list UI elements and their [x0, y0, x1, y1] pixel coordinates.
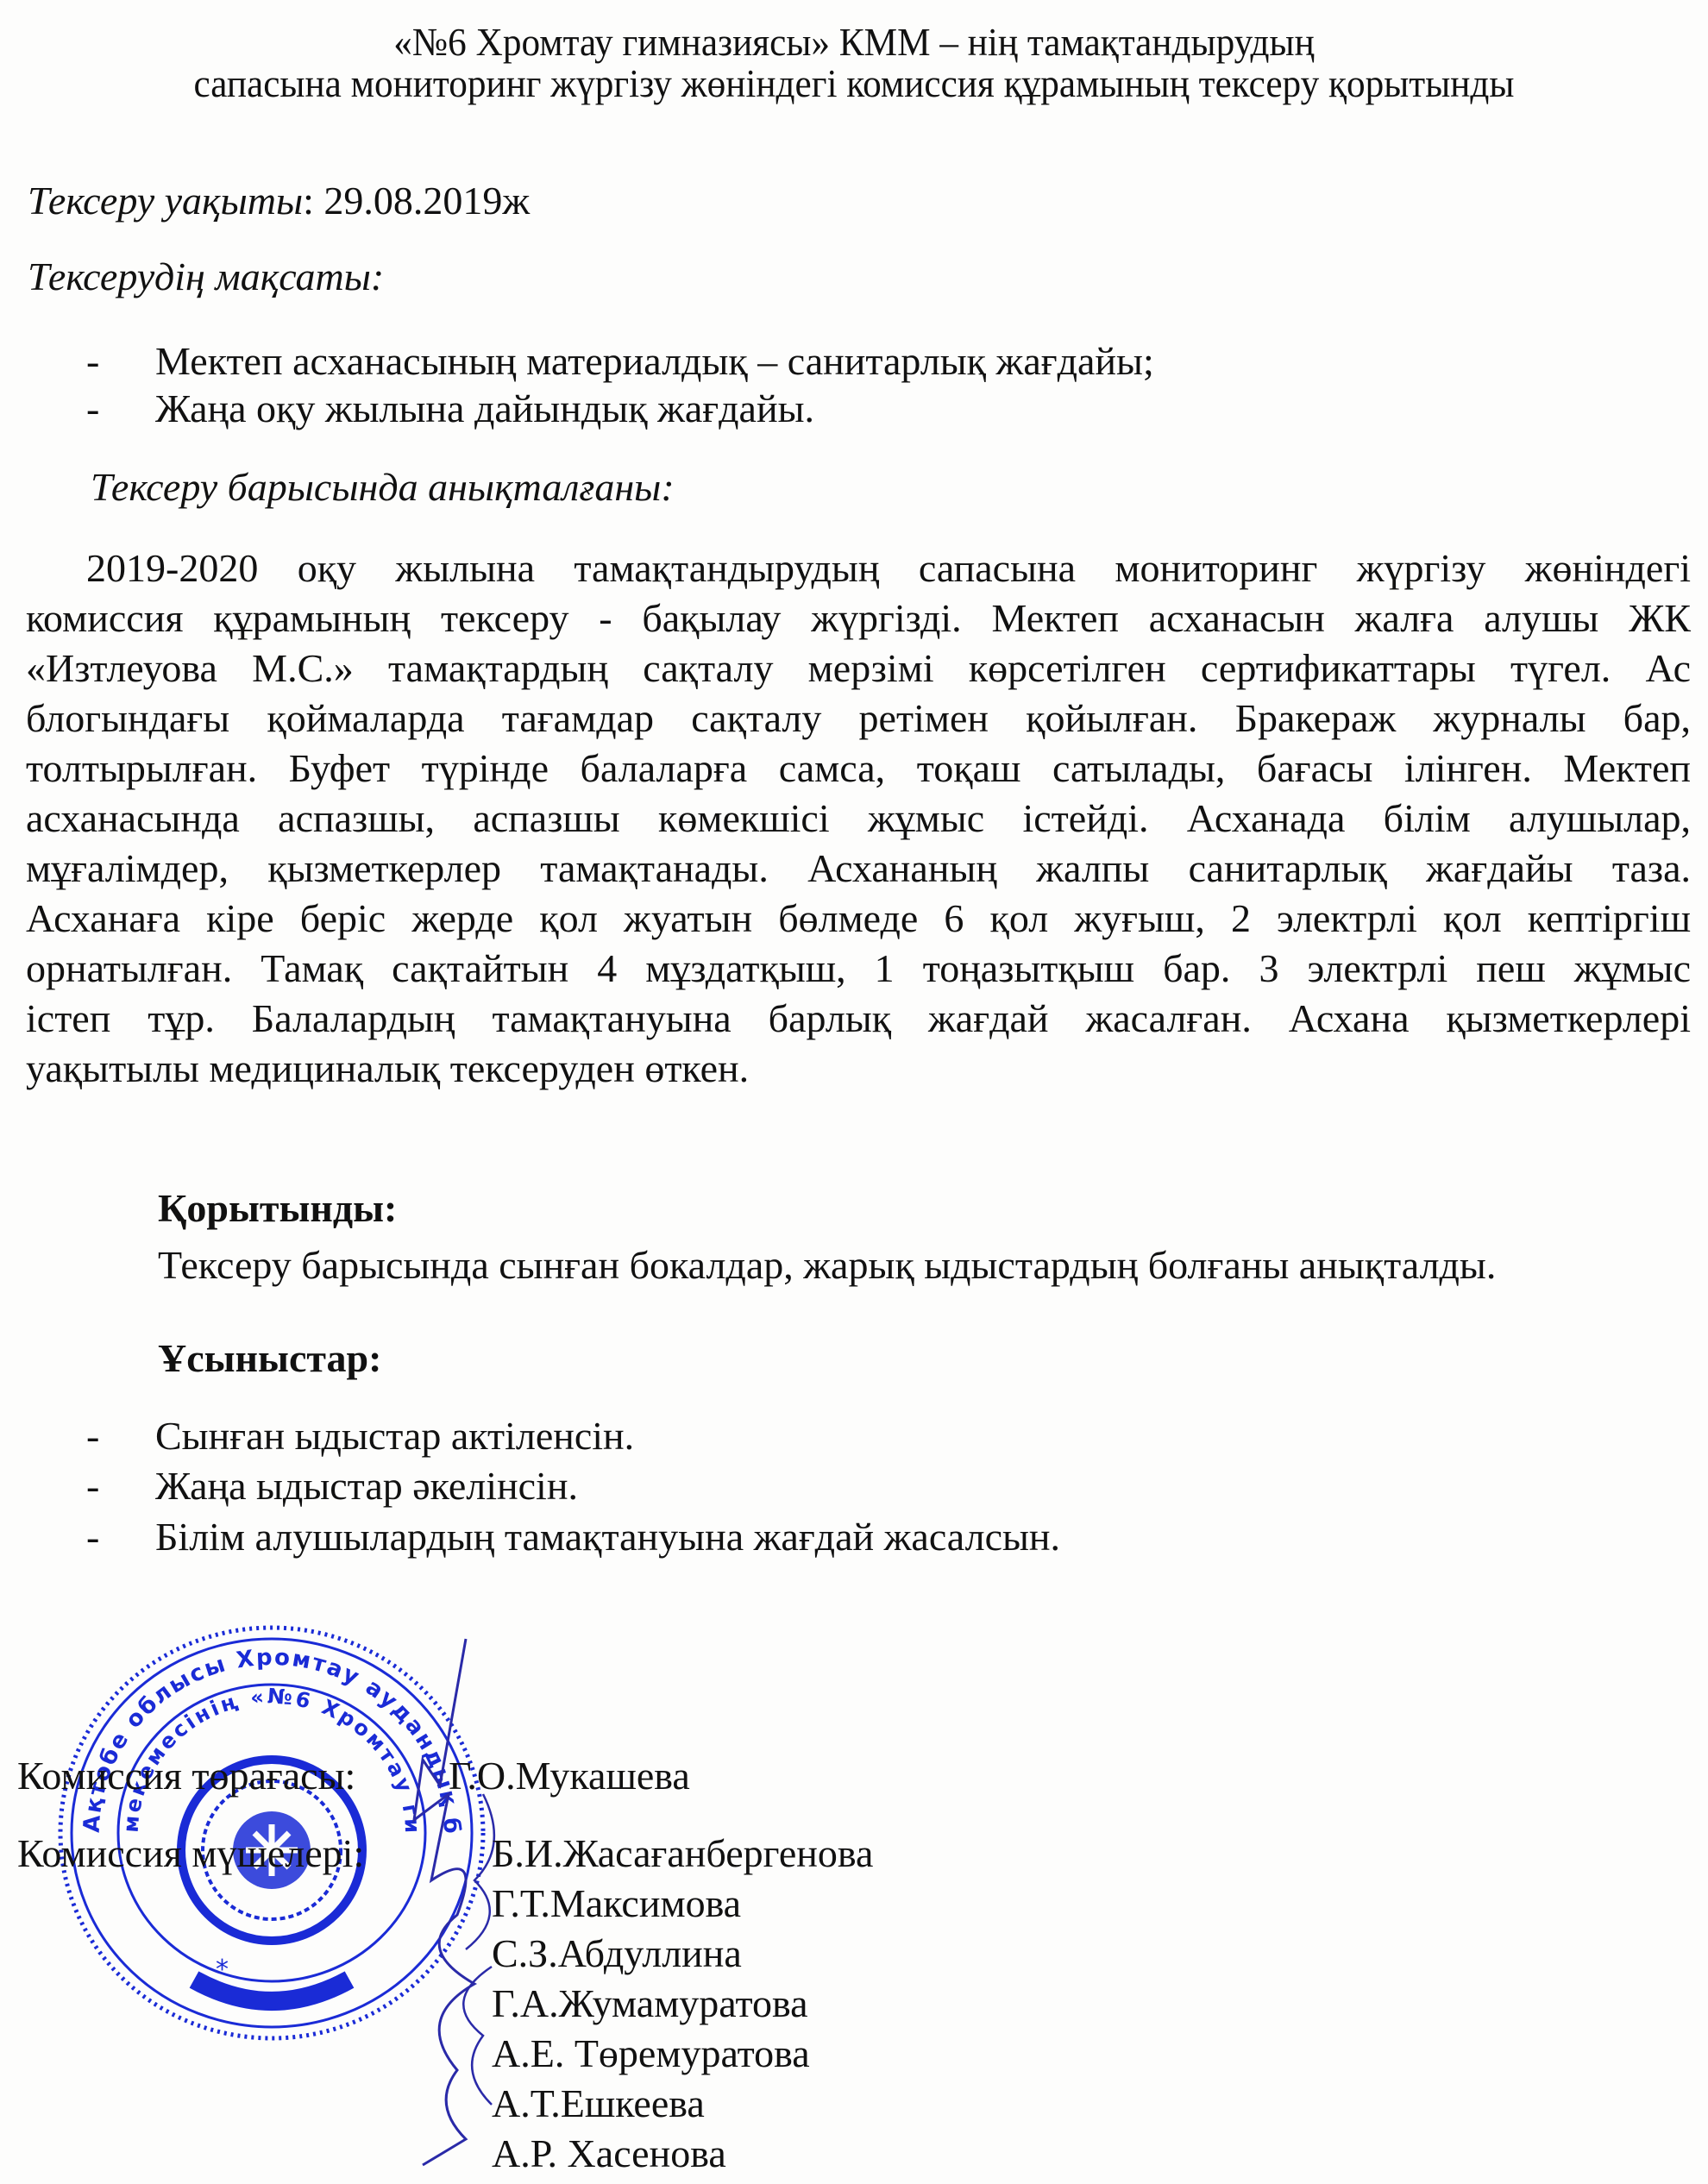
findings-line: 2019-2020 оқу жылына тамақтандырудың сап…: [86, 543, 1691, 593]
purpose-item: -Мектеп асханасының материалдық – санита…: [86, 338, 1154, 384]
purpose-item-text: Жаңа оқу жылына дайындық жағдайы.: [155, 386, 814, 430]
purpose-label: Тексерудің мақсаты:: [28, 254, 384, 299]
findings-line: Асханаға кіре беріс жерде қол жуатын бөл…: [26, 894, 1691, 944]
findings-label: Тексеру барысында анықталғаны:: [91, 464, 675, 510]
findings-line: уақытылы медициналық тексеруден өткен.: [26, 1044, 749, 1094]
inspection-time: Тексеру уақыты: 29.08.2019ж: [28, 178, 530, 223]
recommendation-item: -Білім алушылардың тамақтануына жағдай ж…: [86, 1514, 1060, 1560]
member-name: Б.И.Жасағанбергенова: [492, 1830, 873, 1876]
chair-label: Комиссия төрағасы:: [17, 1753, 355, 1798]
member-name: Г.А.Жумамуратова: [492, 1980, 808, 2026]
bullet-dash: -: [86, 1463, 155, 1509]
member-name: А.Т.Ешкеева: [492, 2080, 705, 2126]
findings-line: толтырылған. Буфет түрінде балаларға сам…: [26, 744, 1691, 794]
bullet-dash: -: [86, 1413, 155, 1459]
member-name: Г.Т.Максимова: [492, 1880, 741, 1926]
inspection-time-label: Тексеру уақыты: [28, 179, 303, 223]
inspection-time-value: : 29.08.2019ж: [303, 179, 530, 223]
svg-text:*: *: [216, 1955, 229, 1985]
findings-line: «Изтлеуова М.С.» тамақтардың сақталу мер…: [26, 643, 1691, 693]
recommendations-label: Ұсыныстар:: [158, 1335, 381, 1381]
bullet-dash: -: [86, 338, 155, 384]
recommendation-item: -Сынған ыдыстар актіленсін.: [86, 1413, 634, 1459]
findings-line: блогындағы қоймаларда тағамдар сақталу р…: [26, 693, 1691, 744]
recommendation-text: Білім алушылардың тамақтануына жағдай жа…: [155, 1515, 1060, 1559]
conclusion-label: Қорытынды:: [158, 1185, 397, 1231]
chair-name: Г.О.Мукашева: [449, 1753, 690, 1798]
recommendation-text: Жаңа ыдыстар әкелінсін.: [155, 1464, 578, 1508]
members-label: Комиссия мүшелері:: [17, 1830, 364, 1876]
findings-line: асханасында аспазшы, аспазшы көмекшісі ж…: [26, 794, 1691, 844]
member-name: А.Е. Төремуратова: [492, 2030, 810, 2076]
purpose-item: -Жаңа оқу жылына дайындық жағдайы.: [86, 386, 814, 431]
conclusion-text: Тексеру барысында сынған бокалдар, жарық…: [158, 1242, 1496, 1288]
bullet-dash: -: [86, 1514, 155, 1560]
document-title-line1: «№6 Хромтау гимназиясы» КММ – нің тамақт…: [51, 19, 1656, 65]
recommendation-text: Сынған ыдыстар актіленсін.: [155, 1414, 634, 1458]
bullet-dash: -: [86, 386, 155, 431]
findings-line: істеп тұр. Балалардың тамақтануына барлы…: [26, 994, 1691, 1044]
document-title-line2: сапасына мониторинг жүргізу жөніндегі ко…: [51, 60, 1656, 106]
findings-line: комиссия құрамының тексеру - бақылау жүр…: [26, 593, 1691, 643]
recommendation-item: -Жаңа ыдыстар әкелінсін.: [86, 1463, 578, 1509]
findings-line: мұғалімдер, қызметкерлер тамақтанады. Ас…: [26, 844, 1691, 894]
findings-line: орнатылған. Тамақ сақтайтын 4 мұздатқыш,…: [26, 944, 1691, 994]
member-name: А.Р. Хасенова: [492, 2131, 726, 2176]
purpose-item-text: Мектеп асханасының материалдық – санитар…: [155, 339, 1154, 383]
member-name: С.З.Абдуллина: [492, 1930, 742, 1976]
